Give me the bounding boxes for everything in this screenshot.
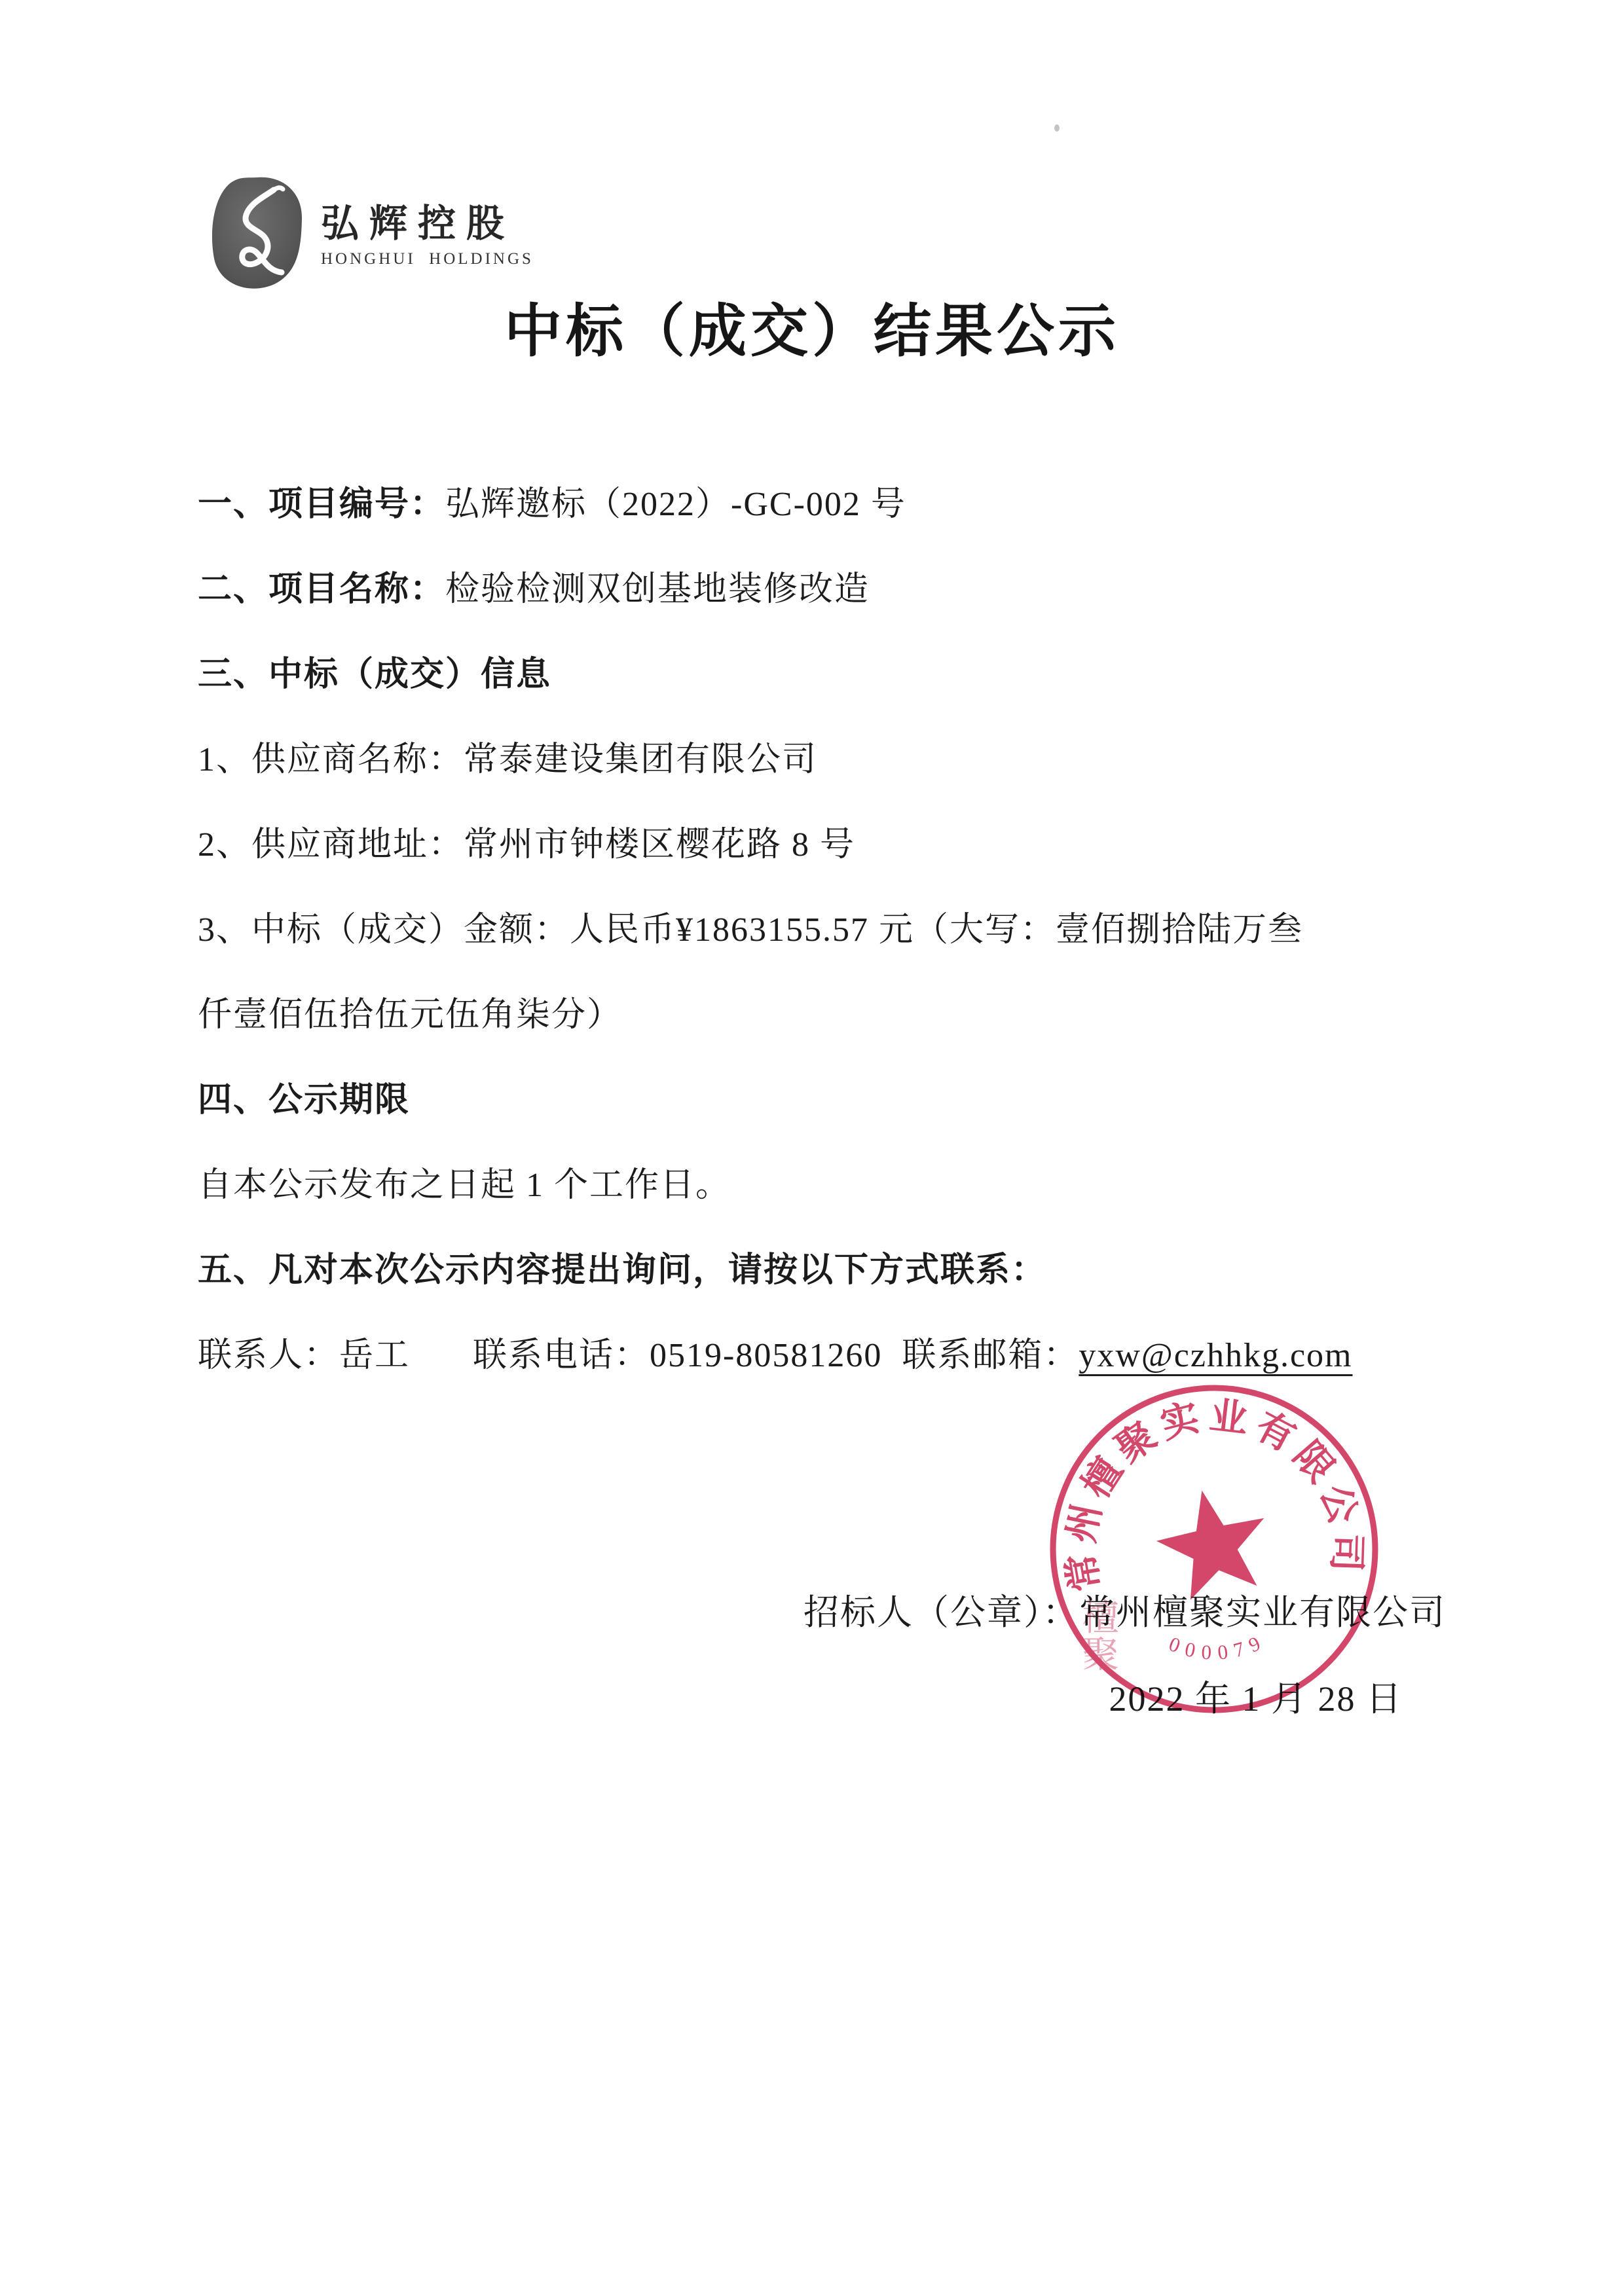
logo-company-name-cn: 弘辉控股	[321, 203, 534, 245]
scan-speck	[1054, 124, 1060, 132]
seal-ring	[1042, 1377, 1386, 1721]
page-title: 中标（成交）结果公示	[0, 285, 1624, 368]
line-contact-info: 联系人：岳工联系电话：0519-80581260联系邮箱：yxw@czhhkg.…	[198, 1313, 1449, 1398]
document-body: 一、项目编号：弘辉邀标（2022）-GC-002 号 二、项目名称：检验检测双创…	[198, 462, 1449, 1398]
line-publicity-period-heading: 四、公示期限	[198, 1058, 1449, 1143]
contact-phone: 联系电话：0519-80581260	[473, 1337, 882, 1374]
line-award-amount-cont: 仟壹佰伍拾伍元伍角柒分）	[198, 973, 1449, 1058]
signoff-date: 2022 年 1 月 28 日	[1109, 1671, 1403, 1721]
logo-text: 弘辉控股 HONGHUI HOLDINGS	[321, 203, 534, 268]
line-project-name: 二、项目名称：检验检测双创基地装修改造	[198, 547, 1449, 632]
line-award-amount: 3、中标（成交）金额：人民币¥1863155.57 元（大写：壹佰捌拾陆万叁	[198, 888, 1449, 973]
seal-company-arc-text: 常州檀聚实业有限公司	[1049, 1384, 1371, 1595]
line-award-info-heading: 三、中标（成交）信息	[198, 632, 1449, 718]
line-inquiry-heading: 五、凡对本次公示内容提出询问，请按以下方式联系：	[198, 1228, 1449, 1313]
issuer-signoff: 招标人（公章）：常州檀聚实业有限公司	[803, 1584, 1446, 1635]
logo-company-name-en: HONGHUI HOLDINGS	[321, 250, 534, 268]
line-publicity-period: 自本公示发布之日起 1 个工作日。	[198, 1143, 1449, 1228]
line-supplier-address: 2、供应商地址：常州市钟楼区樱花路 8 号	[198, 803, 1449, 888]
line-project-number: 一、项目编号：弘辉邀标（2022）-GC-002 号	[198, 462, 1449, 547]
company-logo: 弘辉控股 HONGHUI HOLDINGS	[194, 174, 534, 292]
document-page: 弘辉控股 HONGHUI HOLDINGS 中标（成交）结果公示 一、项目编号：…	[0, 0, 1624, 2296]
contact-email: yxw@czhhkg.com	[1079, 1337, 1352, 1374]
contact-person: 联系人：岳工	[198, 1337, 410, 1374]
logo-calligraphy-icon	[208, 174, 306, 292]
contact-email-label: 联系邮箱：	[902, 1337, 1079, 1374]
line-supplier-name: 1、供应商名称：常泰建设集团有限公司	[198, 718, 1449, 803]
